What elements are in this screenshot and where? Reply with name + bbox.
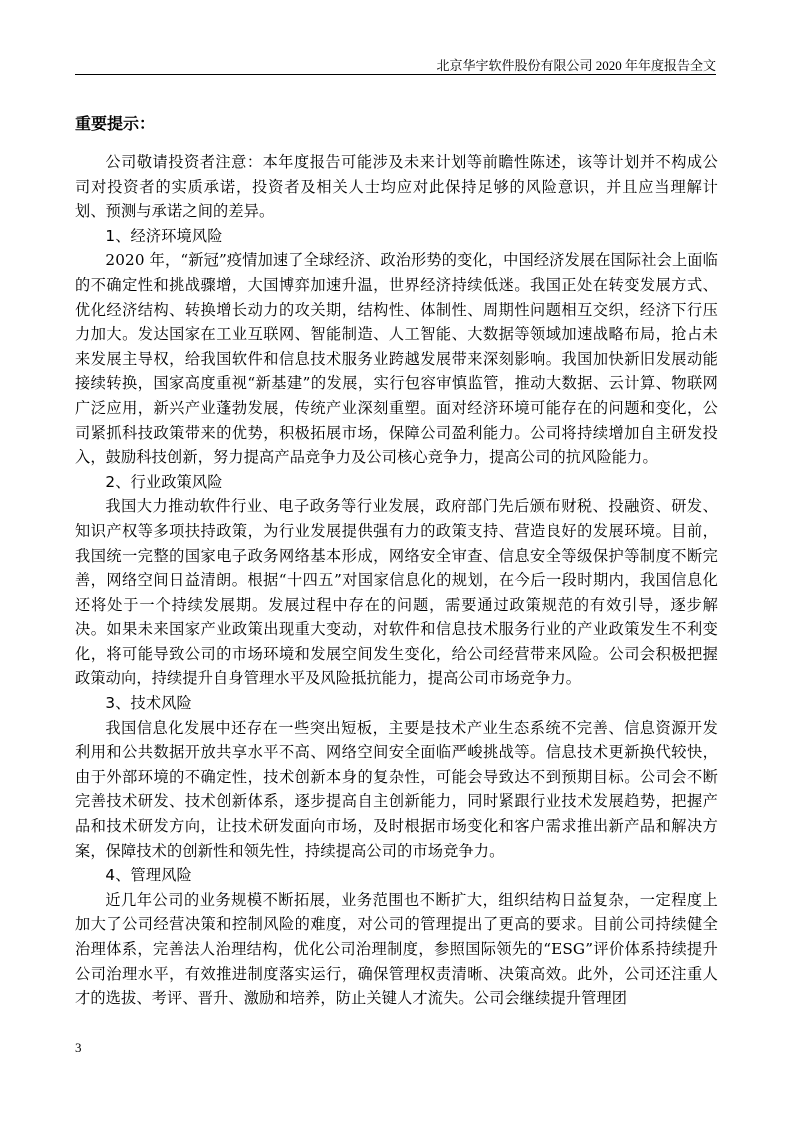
- section-heading-management-risk: 4、管理风险: [75, 863, 718, 888]
- paragraph-management-risk: 近几年公司的业务规模不断拓展，业务范围也不断扩大，组织结构日益复杂，一定程度上加…: [75, 888, 718, 1011]
- body-text: 公司敬请投资者注意：本年度报告可能涉及未来计划等前瞻性陈述，该等计划并不构成公司…: [75, 150, 718, 1011]
- section-heading-economic-risk: 1、经济环境风险: [75, 224, 718, 249]
- section-heading-technology-risk: 3、技术风险: [75, 691, 718, 716]
- running-header: 北京华宇软件股份有限公司 2020 年年度报告全文: [436, 58, 716, 74]
- paragraph-economic-risk: 2020 年，“新冠”疫情加速了全球经济、政治形势的变化，中国经济发展在国际社会…: [75, 248, 718, 469]
- paragraph-technology-risk: 我国信息化发展中还存在一些突出短板，主要是技术产业生态系统不完善、信息资源开发利…: [75, 716, 718, 864]
- header-divider: [75, 74, 716, 75]
- page-number: 3: [75, 1040, 82, 1056]
- section-title: 重要提示：: [75, 114, 155, 134]
- section-heading-policy-risk: 2、行业政策风险: [75, 470, 718, 495]
- document-page: 北京华宇软件股份有限公司 2020 年年度报告全文 重要提示： 公司敬请投资者注…: [0, 0, 793, 1122]
- intro-paragraph: 公司敬请投资者注意：本年度报告可能涉及未来计划等前瞻性陈述，该等计划并不构成公司…: [75, 150, 718, 224]
- paragraph-policy-risk: 我国大力推动软件行业、电子政务等行业发展，政府部门先后颁布财税、投融资、研发、知…: [75, 494, 718, 691]
